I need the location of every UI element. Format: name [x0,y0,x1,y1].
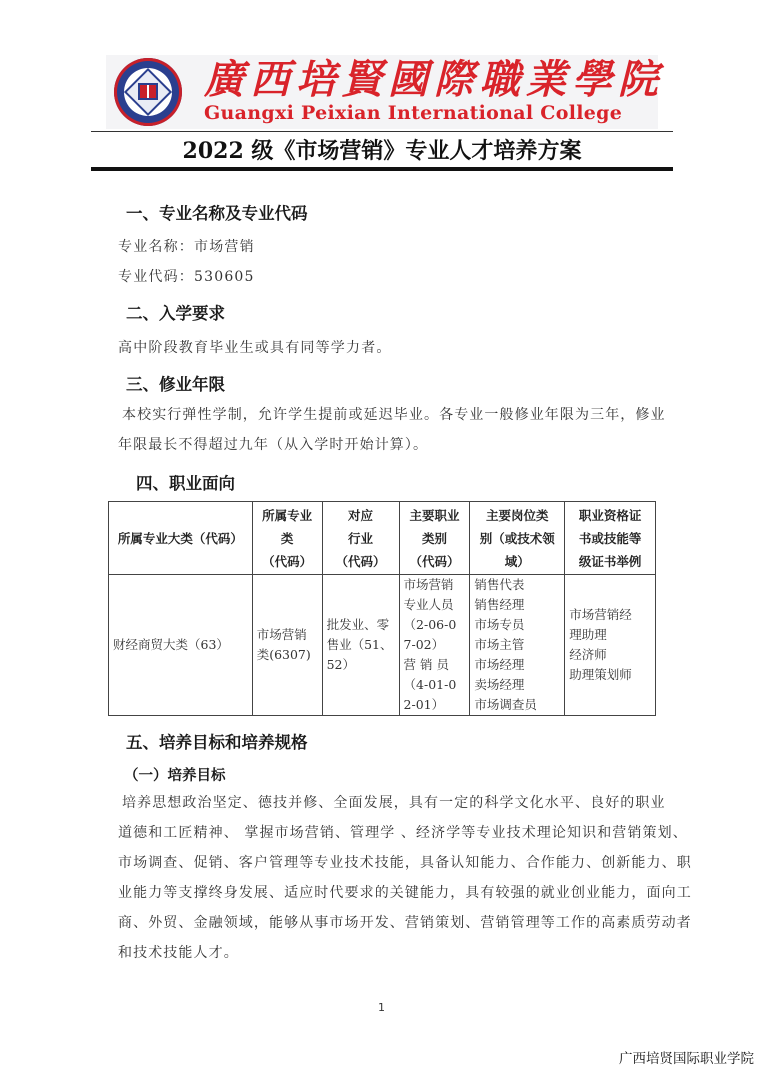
paragraph-line: 业能力等支撑终身发展、适应时代要求的关键能力，具有较强的就业创业能力，面向工 [118,878,678,908]
header-occupation: 主要职业 类别 （代码） [399,502,470,575]
training-goal-paragraph: 培养思想政治坚定、德技并修、全面发展，具有一定的科学文化水平、良好的职业 道德和… [118,788,678,968]
college-banner: 廣西培賢國際職業學院 Guangxi Peixian International… [106,55,658,129]
table-header-row: 所属专业大类（代码） 所属专业 类 （代码） 对应 行业 （代码） 主要职业 类… [109,502,656,575]
cell-positions: 销售代表 销售经理 市场专员 市场主管 市场经理 卖场经理 市场调查员 [470,575,565,716]
header-major-class: 所属专业 类 （代码） [252,502,322,575]
paragraph-line: 和技术技能人才。 [118,938,678,968]
cell-occupation: 市场营销 专业人员 （2-06-0 7-02） 营 销 员 （4-01-0 2-… [399,575,470,716]
cell-certificates: 市场营销经 理助理 经济师 助理策划师 [565,575,656,716]
header-certificates: 职业资格证 书或技能等 级证书举例 [565,502,656,575]
college-emblem-icon [114,58,182,126]
section-5-heading: 五、培养目标和培养规格 [126,729,308,753]
section-2-heading: 二、入学要求 [126,300,225,324]
paragraph-line: 道德和工匠精神、 掌握市场营销、管理学 、经济学等专业技术理论知识和营销策划、 [118,818,678,848]
major-code: 专业代码：530605 [118,266,255,286]
cell-major-category: 财经商贸大类（63） [109,575,253,716]
book-icon [138,83,158,100]
paragraph-line: 市场调查、促销、客户管理等专业技术技能，具备认知能力、合作能力、创新能力、职 [118,848,678,878]
section-4-heading: 四、职业面向 [136,470,235,494]
career-orientation-table: 所属专业大类（代码） 所属专业 类 （代码） 对应 行业 （代码） 主要职业 类… [108,501,656,716]
subsection-training-goal-heading: （一）培养目标 [124,764,226,785]
section-3-heading: 三、修业年限 [126,371,225,395]
paragraph-line: 培养思想政治坚定、德技并修、全面发展，具有一定的科学文化水平、良好的职业 [118,788,678,818]
page-number: 1 [378,1001,385,1014]
paragraph-line: 本校实行弹性学制，允许学生提前或延迟毕业。各专业一般修业年限为三年，修业 [118,400,678,430]
header-divider-thick [91,167,673,171]
cell-major-class: 市场营销 类(6307) [252,575,322,716]
paragraph-line: 商、外贸、金融领域，能够从事市场开发、营销策划、营销管理等工作的高素质劳动者 [118,908,678,938]
document-title: 2022 级《市场营销》专业人才培养方案 [91,135,673,167]
study-duration-paragraph: 本校实行弹性学制，允许学生提前或延迟毕业。各专业一般修业年限为三年，修业 年限最… [118,400,678,460]
school-name-en: Guangxi Peixian International College [204,101,622,125]
major-name: 专业名称：市场营销 [118,236,255,256]
admission-requirement: 高中阶段教育毕业生或具有同等学力者。 [118,337,392,357]
cell-industry: 批发业、零 售业（51、 52） [322,575,399,716]
school-name-cn: 廣西培賢國際職業學院 [204,57,664,103]
header-industry: 对应 行业 （代码） [322,502,399,575]
paragraph-line: 年限最长不得超过九年（从入学时开始计算）。 [118,430,678,460]
section-1-heading: 一、专业名称及专业代码 [126,200,308,224]
table-row: 财经商贸大类（63） 市场营销 类(6307) 批发业、零 售业（51、 52）… [109,575,656,716]
header-major-category: 所属专业大类（代码） [109,502,253,575]
header-divider-thin [91,131,673,132]
header-positions: 主要岗位类 别（或技术领 域） [470,502,565,575]
footer-school-name: 广西培贤国际职业学院 [619,1047,754,1067]
